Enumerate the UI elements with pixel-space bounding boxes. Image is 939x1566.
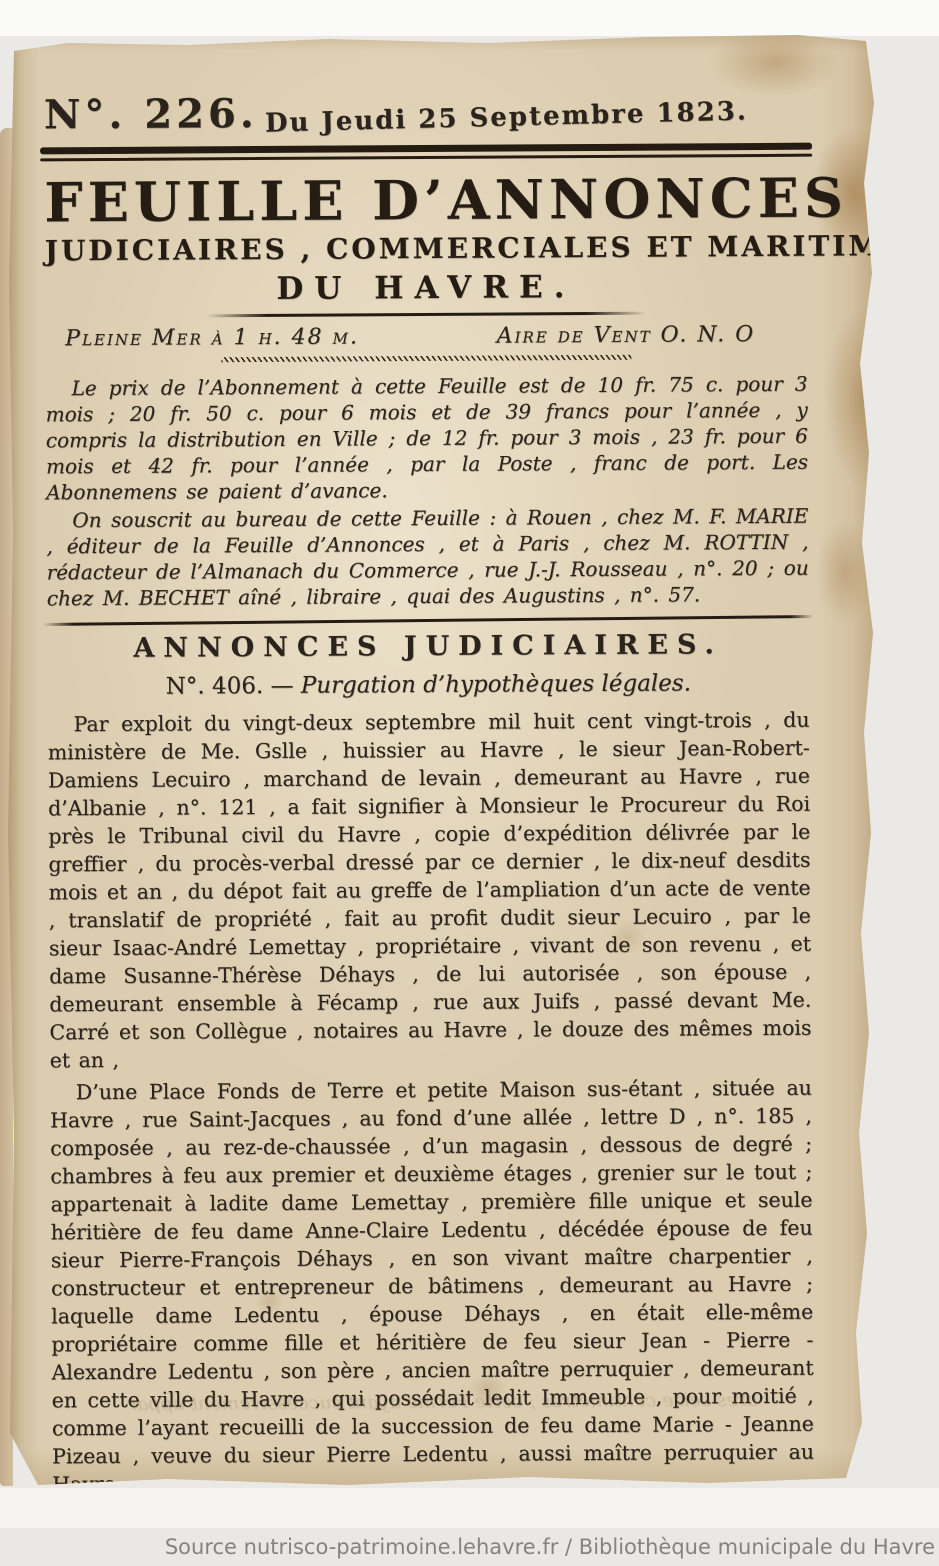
verso-show-through-text: ares seize centimètres ; cette Ferme aya… — [118, 1389, 758, 1415]
subscription-paragraph-1: Le prix de l’Abonnement à cette Feuille … — [45, 371, 808, 506]
masthead-subtitle: JUDICIAIRES , COMMERCIALES ET MARITIMES — [45, 231, 807, 268]
masthead-top-row: N°. 226. Du Jeudi 25 Septembre 1823. — [44, 91, 806, 136]
notice-paragraph-1: Par exploit du vingt-deux septembre mil … — [48, 706, 812, 1075]
tide-wind-row: Pleine Mer à 1 h. 48 m. Aire de Vent O. … — [45, 322, 807, 353]
wind-direction: Aire de Vent O. N. O — [497, 322, 756, 350]
source-caption-bar: Source nutrisco-patrimoine.lehavre.fr / … — [0, 1528, 939, 1566]
divider-tapered-rule — [206, 312, 646, 318]
divider-section-rule — [43, 615, 813, 626]
notice-number: N°. 406. — — [166, 673, 294, 700]
divider-thick-rule — [40, 143, 812, 155]
notice-heading: N°. 406. — Purgation d’hypothèques légal… — [47, 670, 809, 701]
scanner-bed-strip — [0, 1488, 939, 1530]
scan-viewport: N°. 226. Du Jeudi 25 Septembre 1823. FEU… — [0, 0, 939, 1566]
source-caption: Source nutrisco-patrimoine.lehavre.fr / … — [165, 1535, 939, 1559]
scanner-background-top — [0, 0, 939, 36]
notice-paragraph-2: D’une Place Fonds de Terre et petite Mai… — [50, 1074, 815, 1499]
newspaper-page: N°. 226. Du Jeudi 25 Septembre 1823. FEU… — [8, 33, 880, 1491]
divider-thin-rule — [40, 154, 812, 162]
notice-title: Purgation d’hypothèques légales. — [301, 671, 691, 699]
subscription-paragraph-2: On souscrit au bureau de cette Feuille :… — [46, 503, 809, 612]
tide-time: Pleine Mer à 1 h. 48 m. — [65, 325, 359, 353]
masthead-title: FEUILLE D’ANNONCES — [44, 169, 806, 232]
masthead-region: DU HAVRE. — [45, 269, 807, 308]
section-heading: ANNONCES JUDICIAIRES. — [47, 630, 809, 665]
issue-number: N°. 226. — [44, 94, 258, 135]
printed-area: N°. 226. Du Jeudi 25 Septembre 1823. FEU… — [44, 77, 815, 1499]
issue-date: Du Jeudi 25 Septembre 1823. — [265, 98, 749, 136]
divider-wavy-rule — [221, 355, 631, 363]
